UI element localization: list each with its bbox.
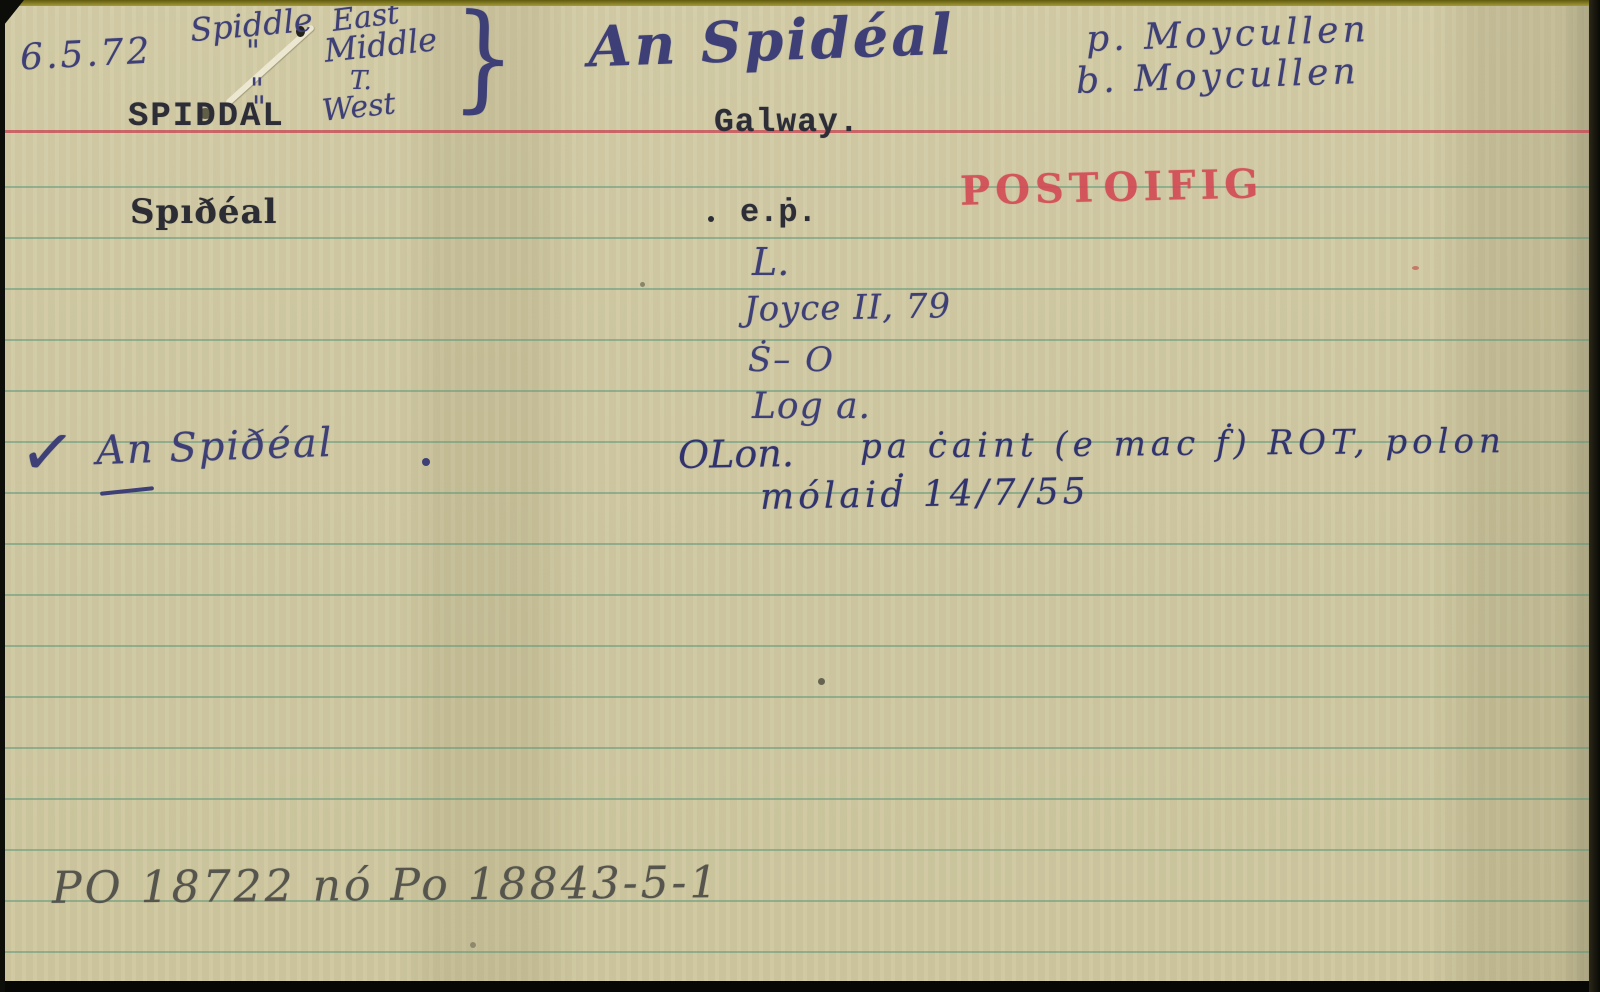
ink-dot xyxy=(708,216,714,222)
brace-glyph: } xyxy=(451,0,518,126)
reference-log: Log a. xyxy=(752,386,871,427)
approved-irish-name: An Spiðéal xyxy=(95,420,334,474)
card-right-edge xyxy=(1589,0,1600,992)
ditto-mark-1: " xyxy=(246,34,260,69)
dark-speck xyxy=(640,282,645,287)
english-name-typed: SPIDDAL xyxy=(128,98,285,136)
dark-speck xyxy=(470,942,476,948)
red-speck xyxy=(1412,266,1419,270)
reference-joyce: Joyce II, 79 xyxy=(744,286,952,330)
note-olon: OLon. xyxy=(678,431,795,477)
card-corner-shadow xyxy=(0,0,24,30)
reference-ep: e.ṗ. xyxy=(740,194,817,231)
card-top-edge xyxy=(0,0,1600,6)
irish-name-title: An Spidéal xyxy=(587,2,956,81)
note-line-1: pa ċaint (e mac ḟ) ROT, polon xyxy=(860,421,1506,467)
gaelic-typed-name: Spıðéal xyxy=(130,192,278,232)
reference-l: L. xyxy=(752,240,789,284)
post-office-stamp: POSTOIFIG xyxy=(959,160,1263,214)
date-annotation: 6.5.72 xyxy=(19,31,153,79)
checkmark-icon: ✓ xyxy=(16,411,79,493)
barony-annotation: b. Moycullen xyxy=(1075,51,1360,102)
county-typed: Galway. xyxy=(714,104,860,141)
card-left-edge xyxy=(0,0,5,992)
period-dot xyxy=(422,458,430,466)
dark-speck xyxy=(818,678,825,685)
card-bottom-edge xyxy=(0,981,1600,992)
index-card: 6.5.72 Spiddle East " Middle " " T. West… xyxy=(0,0,1600,992)
reference-so: Ṡ– O xyxy=(748,340,835,380)
po-reference: PO 18722 nó Po 18843-5-1 xyxy=(52,857,721,914)
note-line-2: mólaiḋ 14/7/55 xyxy=(760,471,1090,518)
ruled-lines xyxy=(5,137,1589,982)
townland-west: West xyxy=(320,86,397,129)
